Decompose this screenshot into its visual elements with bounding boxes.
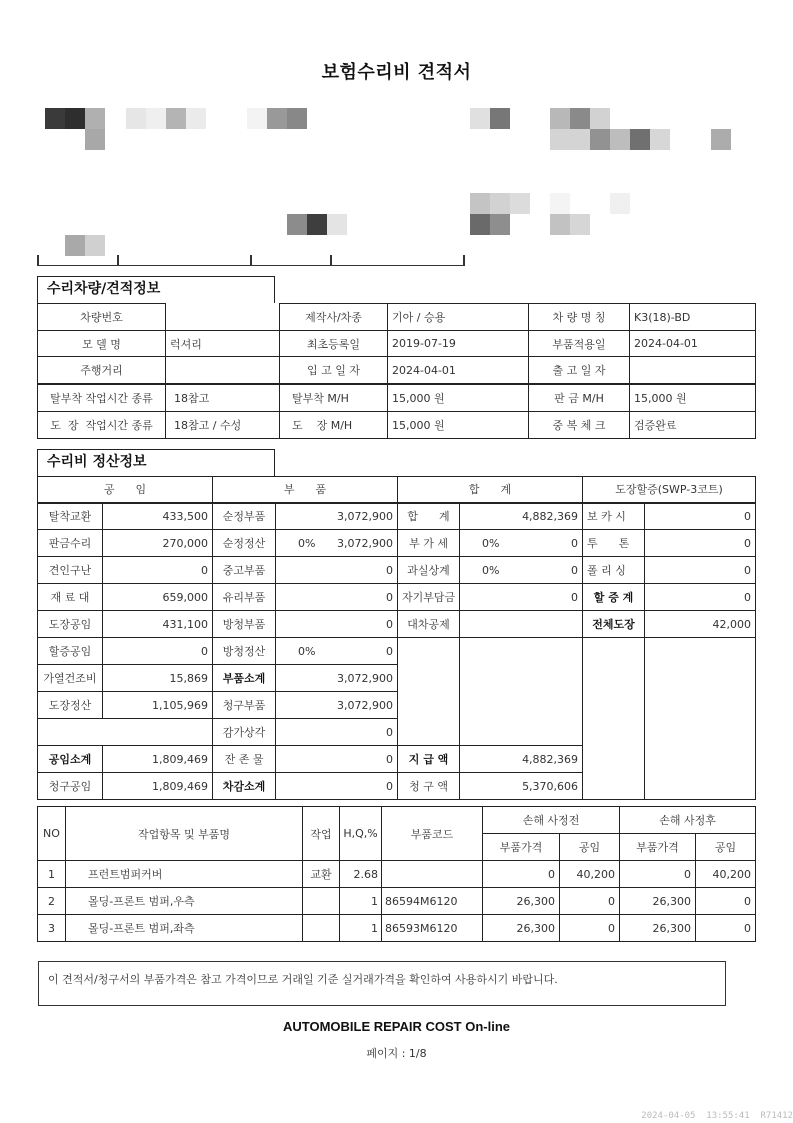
paint-value: 0 (645, 503, 756, 530)
label-duplicate-check: 중 복 체 크 (529, 411, 630, 438)
header-parts: 부 품 (213, 477, 398, 503)
header-item-name: 작업항목 및 부품명 (66, 807, 303, 861)
total-label: 과실상계 (398, 557, 460, 584)
label-sheet-metal-mh: 판 금 M/H (529, 384, 630, 411)
parts-label: 잔 존 물 (213, 746, 276, 773)
label-detach-mh: 탈부착 M/H (280, 384, 388, 411)
labor-value: 0 (103, 557, 213, 584)
labor-label: 할증공임 (38, 638, 103, 665)
labor-label: 판금수리 (38, 530, 103, 557)
total-label: 합 계 (398, 503, 460, 530)
labor-empty (38, 719, 213, 746)
totals-empty-label (398, 638, 460, 746)
paint-value: 42,000 (645, 611, 756, 638)
value-vehicle-number (166, 304, 280, 331)
item-before-part-price: 26,300 (483, 915, 560, 942)
parts-value: 3,072,900 (276, 692, 398, 719)
item-part-code (382, 861, 483, 888)
total-label: 부 가 세 (398, 530, 460, 557)
labor-label: 가열건조비 (38, 665, 103, 692)
parts-amount: 3,072,900 (337, 537, 393, 550)
total-value: 0%0 (460, 530, 583, 557)
total-label: 자기부담금 (398, 584, 460, 611)
parts-value: 0 (276, 584, 398, 611)
header-no: NO (38, 807, 66, 861)
value-first-registration: 2019-07-19 (388, 331, 529, 357)
parts-value: 0 (276, 719, 398, 746)
total-amount: 4,882,369 (522, 510, 578, 523)
item-hq: 1 (340, 915, 382, 942)
value-mileage (166, 357, 280, 384)
labor-value: 1,809,469 (103, 746, 213, 773)
settlement-row: 견인구난 0 중고부품 0 과실상계 0%0 폴 리 싱 0 (38, 557, 756, 584)
label-paint-time-type: 도 장 작업시간 종류 (38, 411, 166, 438)
vehicle-row: 주행거리 입 고 일 자 2024-04-01 출 고 일 자 (38, 357, 756, 384)
item-after-labor: 0 (696, 888, 756, 915)
paint-empty-value (645, 638, 756, 800)
item-hq: 2.68 (340, 861, 382, 888)
header-after-part-price: 부품가격 (620, 834, 696, 861)
paint-label: 전체도장 (583, 611, 645, 638)
parts-pct: 0% (280, 645, 315, 658)
parts-label: 방청부품 (213, 611, 276, 638)
parts-label: 순정부품 (213, 503, 276, 530)
labor-value: 1,105,969 (103, 692, 213, 719)
total-amount: 0 (571, 537, 578, 550)
totals-empty-value (460, 638, 583, 746)
item-before-part-price: 26,300 (483, 888, 560, 915)
header-labor: 공 임 (38, 477, 213, 503)
value-vehicle-name: K3(18)-BD (630, 304, 756, 331)
item-before-labor: 40,200 (560, 861, 620, 888)
item-hq: 1 (340, 888, 382, 915)
total-pct: 0% (464, 537, 499, 550)
parts-amount: 0 (386, 645, 393, 658)
labor-value: 433,500 (103, 503, 213, 530)
item-no: 3 (38, 915, 66, 942)
item-name: 프런트범퍼커버 (66, 861, 303, 888)
items-header-row: NO 작업항목 및 부품명 작업 H,Q,% 부품코드 손해 사정전 손해 사정… (38, 807, 756, 834)
paint-label: 투 톤 (583, 530, 645, 557)
label-model: 모 델 명 (38, 331, 166, 357)
vehicle-row: 모 델 명 럭셔리 최초등록일 2019-07-19 부품적용일 2024-04… (38, 331, 756, 357)
settlement-row: 탈착교환 433,500 순정부품 3,072,900 합 계 4,882,36… (38, 503, 756, 530)
paint-label: 할 증 계 (583, 584, 645, 611)
parts-label: 감가상각 (213, 719, 276, 746)
item-before-labor: 0 (560, 888, 620, 915)
total-amount: 0 (571, 564, 578, 577)
item-row: 1 프런트범퍼커버 교환 2.68 0 40,200 0 40,200 (38, 861, 756, 888)
label-first-registration: 최초등록일 (280, 331, 388, 357)
settlement-row: 재 료 대 659,000 유리부품 0 자기부담금 0 할 증 계 0 (38, 584, 756, 611)
item-part-code: 86594M6120 (382, 888, 483, 915)
total-amount: 0 (571, 591, 578, 604)
value-maker: 기아 / 승용 (388, 304, 529, 331)
settlement-table: 공 임 부 품 합 계 도장할증(SWP-3코트) 탈착교환 433,500 순… (37, 476, 756, 800)
labor-label: 탈착교환 (38, 503, 103, 530)
labor-label: 공임소계 (38, 746, 103, 773)
item-name: 몰딩-프론트 범퍼,좌측 (66, 915, 303, 942)
header-total: 합 계 (398, 477, 583, 503)
item-after-part-price: 26,300 (620, 888, 696, 915)
value-parts-date: 2024-04-01 (630, 331, 756, 357)
parts-value: 0%0 (276, 638, 398, 665)
item-part-code: 86593M6120 (382, 915, 483, 942)
label-in-date: 입 고 일 자 (280, 357, 388, 384)
value-paint-time-type: 18참고 / 수성 (166, 411, 280, 438)
item-after-part-price: 26,300 (620, 915, 696, 942)
item-row: 3 몰딩-프론트 범퍼,좌측 1 86593M6120 26,300 0 26,… (38, 915, 756, 942)
item-after-labor: 40,200 (696, 861, 756, 888)
paint-label: 보 카 시 (583, 503, 645, 530)
item-no: 2 (38, 888, 66, 915)
value-paint-mh: 15,000 원 (388, 411, 529, 438)
parts-label: 방청정산 (213, 638, 276, 665)
vehicle-row: 차량번호 제작사/차종 기아 / 승용 차 량 명 칭 K3(18)-BD (38, 304, 756, 331)
labor-label: 견인구난 (38, 557, 103, 584)
parts-label: 유리부품 (213, 584, 276, 611)
total-value: 0%0 (460, 557, 583, 584)
label-out-date: 출 고 일 자 (529, 357, 630, 384)
paint-empty-label (583, 638, 645, 800)
labor-value: 0 (103, 638, 213, 665)
item-row: 2 몰딩-프론트 범퍼,우측 1 86594M6120 26,300 0 26,… (38, 888, 756, 915)
label-detach-time-type: 탈부착 작업시간 종류 (38, 384, 166, 411)
parts-pct: 0% (280, 537, 315, 550)
settlement-row: 도장공임 431,100 방청부품 0 대차공제 전체도장 42,000 (38, 611, 756, 638)
settlement-row: 할증공임 0 방청정산 0%0 (38, 638, 756, 665)
settlement-row: 판금수리 270,000 순정정산 0%3,072,900 부 가 세 0%0 … (38, 530, 756, 557)
labor-value: 1,809,469 (103, 773, 213, 800)
parts-label: 차감소계 (213, 773, 276, 800)
worktime-table: 탈부착 작업시간 종류 18참고 탈부착 M/H 15,000 원 판 금 M/… (37, 383, 756, 439)
label-mileage: 주행거리 (38, 357, 166, 384)
paint-value: 0 (645, 584, 756, 611)
parts-value: 0 (276, 773, 398, 800)
parts-value: 3,072,900 (276, 503, 398, 530)
parts-amount: 3,072,900 (337, 510, 393, 523)
label-paint-mh: 도 장 M/H (280, 411, 388, 438)
parts-value: 0%3,072,900 (276, 530, 398, 557)
print-timestamp: 2024-04-05 13:55:41 R71412 (641, 1111, 793, 1121)
header-paint-surcharge: 도장할증(SWP-3코트) (583, 477, 756, 503)
parts-label: 청구부품 (213, 692, 276, 719)
value-out-date (630, 357, 756, 384)
labor-label: 재 료 대 (38, 584, 103, 611)
work-items-table: NO 작업항목 및 부품명 작업 H,Q,% 부품코드 손해 사정전 손해 사정… (37, 806, 756, 942)
value-duplicate-check: 검증완료 (630, 411, 756, 438)
total-label: 대차공제 (398, 611, 460, 638)
vehicle-section-title: 수리차량/견적정보 (37, 276, 275, 303)
vehicle-info-table: 차량번호 제작사/차종 기아 / 승용 차 량 명 칭 K3(18)-BD 모 … (37, 303, 756, 384)
header-after-labor: 공임 (696, 834, 756, 861)
total-value (460, 611, 583, 638)
item-after-labor: 0 (696, 915, 756, 942)
header-before-labor: 공임 (560, 834, 620, 861)
header-part-code: 부품코드 (382, 807, 483, 861)
parts-value: 0 (276, 557, 398, 584)
header-before-adjustment: 손해 사정전 (483, 807, 620, 834)
label-vehicle-name: 차 량 명 칭 (529, 304, 630, 331)
header-after-adjustment: 손해 사정후 (620, 807, 756, 834)
settlement-section-title: 수리비 정산정보 (37, 449, 275, 476)
payment-label: 지 급 액 (398, 746, 460, 773)
total-value: 0 (460, 584, 583, 611)
parts-label: 중고부품 (213, 557, 276, 584)
labor-label: 청구공임 (38, 773, 103, 800)
claim-value: 5,370,606 (460, 773, 583, 800)
footer-brand: AUTOMOBILE REPAIR COST On-line (0, 1019, 793, 1034)
parts-amount: 0 (386, 591, 393, 604)
labor-label: 도장정산 (38, 692, 103, 719)
total-value: 4,882,369 (460, 503, 583, 530)
parts-label: 순정정산 (213, 530, 276, 557)
vehicle-row: 도 장 작업시간 종류 18참고 / 수성 도 장 M/H 15,000 원 중… (38, 411, 756, 438)
paint-value: 0 (645, 557, 756, 584)
value-sheet-metal-mh: 15,000 원 (630, 384, 756, 411)
item-before-part-price: 0 (483, 861, 560, 888)
label-vehicle-number: 차량번호 (38, 304, 166, 331)
item-no: 1 (38, 861, 66, 888)
value-model: 럭셔리 (166, 331, 280, 357)
labor-value: 431,100 (103, 611, 213, 638)
value-detach-time-type: 18참고 (166, 384, 280, 411)
paint-value: 0 (645, 530, 756, 557)
labor-label: 도장공임 (38, 611, 103, 638)
header-before-part-price: 부품가격 (483, 834, 560, 861)
settlement-header-row: 공 임 부 품 합 계 도장할증(SWP-3코트) (38, 477, 756, 503)
item-before-labor: 0 (560, 915, 620, 942)
item-name: 몰딩-프론트 범퍼,우측 (66, 888, 303, 915)
header-work: 작업 (303, 807, 340, 861)
label-maker: 제작사/차종 (280, 304, 388, 331)
labor-value: 659,000 (103, 584, 213, 611)
labor-value: 270,000 (103, 530, 213, 557)
claim-label: 청 구 액 (398, 773, 460, 800)
page-indicator: 페이지 : 1/8 (0, 1045, 793, 1061)
item-after-part-price: 0 (620, 861, 696, 888)
value-detach-mh: 15,000 원 (388, 384, 529, 411)
document-title: 보험수리비 견적서 (0, 58, 793, 84)
parts-amount: 0 (386, 618, 393, 631)
price-notice: 이 견적서/청구서의 부품가격은 참고 가격이므로 거래일 기준 실거래가격을 … (38, 961, 726, 1006)
labor-value: 15,869 (103, 665, 213, 692)
value-in-date: 2024-04-01 (388, 357, 529, 384)
parts-value: 0 (276, 611, 398, 638)
parts-label: 부품소계 (213, 665, 276, 692)
item-work (303, 888, 340, 915)
payment-value: 4,882,369 (460, 746, 583, 773)
parts-value: 0 (276, 746, 398, 773)
total-pct: 0% (464, 564, 499, 577)
item-work (303, 915, 340, 942)
item-work: 교환 (303, 861, 340, 888)
vehicle-row: 탈부착 작업시간 종류 18참고 탈부착 M/H 15,000 원 판 금 M/… (38, 384, 756, 411)
parts-amount: 0 (386, 564, 393, 577)
label-parts-date: 부품적용일 (529, 331, 630, 357)
parts-value: 3,072,900 (276, 665, 398, 692)
paint-label: 폴 리 싱 (583, 557, 645, 584)
header-hq: H,Q,% (340, 807, 382, 861)
